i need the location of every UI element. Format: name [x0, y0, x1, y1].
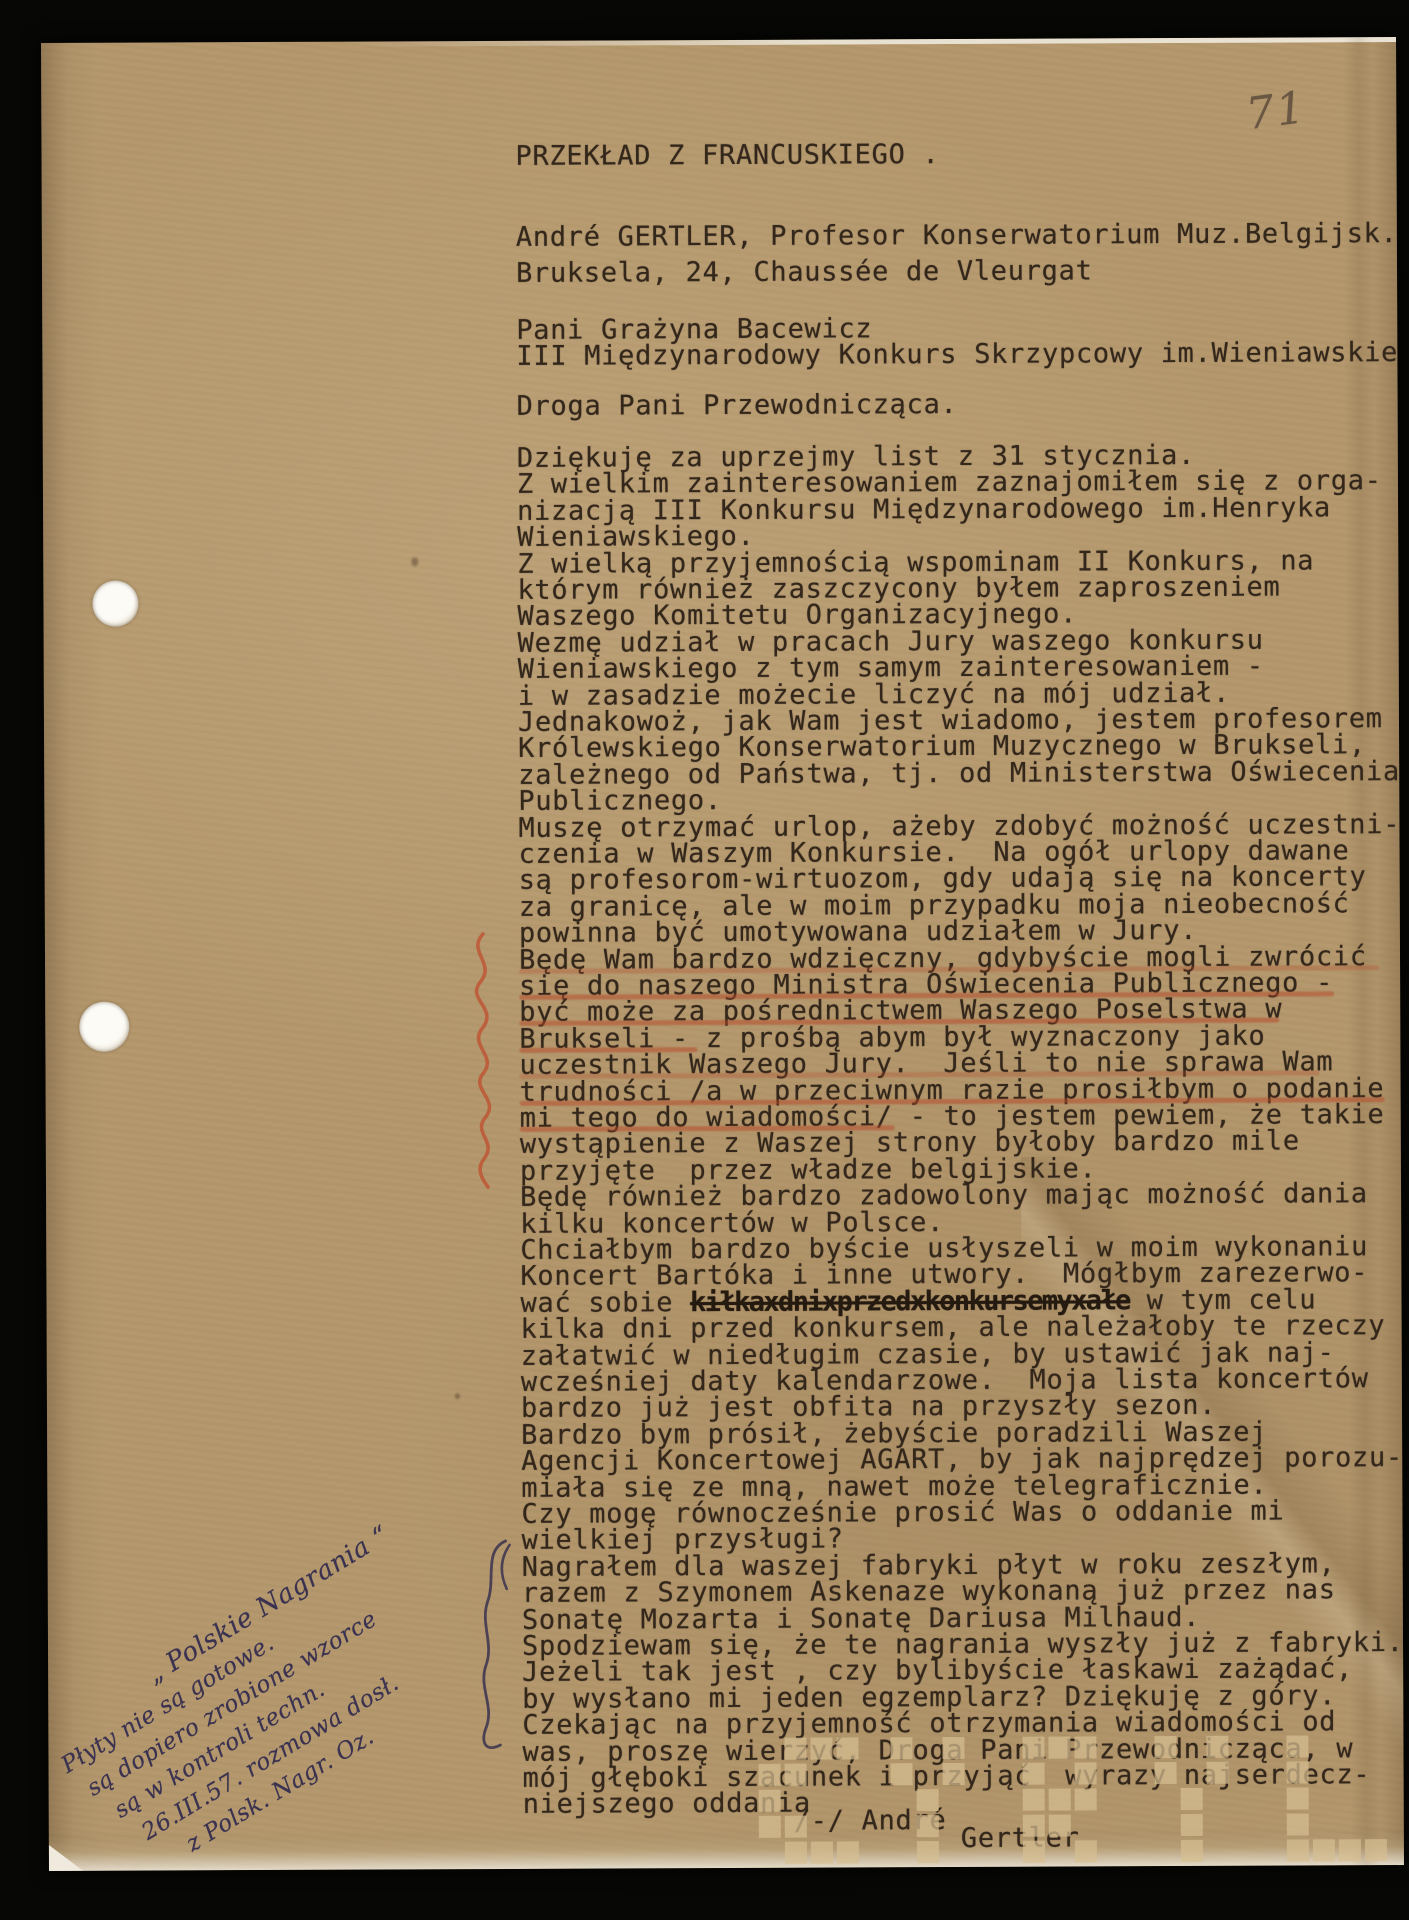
typed-line: którym również zaszczycony byłem zaprosz… [517, 572, 1280, 603]
ink-smudge [455, 1393, 460, 1399]
typed-line: zależnego od Państwa, tj. od Ministerstw… [518, 756, 1400, 788]
typed-line: niejszego oddania [523, 1788, 811, 1817]
hole-punch-bottom [79, 1002, 129, 1052]
typed-line: Agencji Koncertowej AGART, by jak najprę… [521, 1442, 1403, 1474]
ink-smudge [411, 557, 418, 566]
typed-line: razem z Szymonem Askenaze wykonaną już p… [522, 1575, 1336, 1607]
typed-line: wystąpienie z Waszej strony byłoby bardz… [520, 1126, 1300, 1157]
hole-punch-top [92, 581, 138, 627]
signature-last-name: Gertler [961, 1822, 1080, 1854]
typed-line: wielkiej przysługi? [521, 1524, 843, 1553]
typed-line: za granicę, ale w moim przypadku moja ni… [519, 888, 1350, 920]
typed-line: nizacją III Konkursu Międzynarodowego im… [517, 492, 1331, 524]
typed-line: kilku koncertów w Polsce. [520, 1207, 944, 1237]
paper: 71 PRZEKŁAD Z FRANCUSKIEGO . André GERTL… [41, 37, 1404, 1871]
typed-line: Będę również bardzo zadowolony mając moż… [520, 1178, 1368, 1210]
typed-line: Wieniawskiego. [517, 521, 755, 550]
typed-line: Publicznego. [518, 785, 722, 814]
typed-body: Dziękuję za uprzejmy list z 31 stycznia.… [41, 37, 1404, 1871]
scan-background: 71 PRZEKŁAD Z FRANCUSKIEGO . André GERTL… [0, 0, 1409, 1920]
typed-line: mój głęboki szacunek i przyjąć wyrazy na… [523, 1759, 1371, 1791]
typed-line: wcześniej daty kalendarzowe. Moja lista … [521, 1363, 1369, 1395]
typed-line: Czy mogę równocześnie prosić Was o oddan… [521, 1496, 1284, 1527]
signature-prefix-and-first-name: /-/ André [794, 1805, 947, 1837]
